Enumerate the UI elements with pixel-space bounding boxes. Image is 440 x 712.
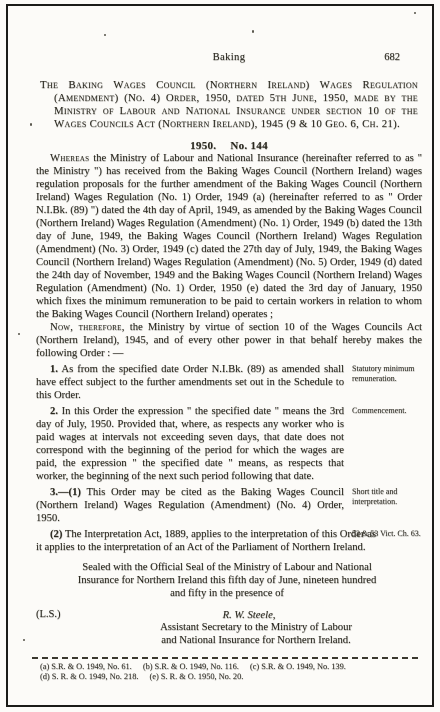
footnote-a: (a) S.R. & O. 1949, No. 61. xyxy=(40,662,132,671)
section-2-number: 2. xyxy=(50,406,58,417)
section-3-2-text: The Interpretation Act, 1889, applies to… xyxy=(36,529,376,553)
page-header: Baking 682 xyxy=(36,52,422,66)
section-1-paragraph: 1. As from the specified date Order N.I.… xyxy=(36,363,344,402)
section-1-text: As from the specified date Order N.I.Bk.… xyxy=(36,364,344,401)
order-heading: 1950.No. 144 xyxy=(36,140,422,152)
signatory-name: R. W. Steele, xyxy=(106,609,392,622)
scan-border-frame: Baking 682 The Baking Wages Council (Nor… xyxy=(6,4,434,707)
signatory-title-line-1: Assistant Secretary to the Ministry of L… xyxy=(106,622,406,635)
footnote-line-2: (d) S. R. & O. 1949, No. 218. (e) S. R. … xyxy=(40,672,422,682)
footnote-e: (e) S. R. & O. 1950, No. 20. xyxy=(150,672,244,681)
side-note-commencement: Commencement. xyxy=(352,406,432,416)
footnote-d: (d) S. R. & O. 1949, No. 218. xyxy=(40,672,138,681)
footnote-rule xyxy=(32,657,418,659)
footnote-line-1: (a) S.R. & O. 1949, No. 61. (b) S.R. & O… xyxy=(40,662,422,672)
running-title: Baking xyxy=(213,52,246,63)
enacting-lead-words: Now, therefore, xyxy=(50,322,125,333)
footnote-c: (c) S.R. & O. 1949, No. 139. xyxy=(250,662,346,671)
section-3-1-text: This Order may be cited as the Baking Wa… xyxy=(36,487,344,524)
section-3-2: (2) The Interpretation Act, 1889, applie… xyxy=(36,528,422,554)
section-3-2-number: (2) xyxy=(50,529,62,540)
sealing-clause: Sealed with the Official Seal of the Min… xyxy=(74,561,380,600)
section-1: 1. As from the specified date Order N.I.… xyxy=(36,363,422,402)
footnote-b: (b) S.R. & O. 1949, No. 116. xyxy=(143,662,239,671)
section-3-1: 3.—(1) This Order may be cited as the Ba… xyxy=(36,486,422,525)
page-number: 682 xyxy=(384,52,400,63)
section-2-text: In this Order the expression " the speci… xyxy=(36,406,344,482)
section-2-paragraph: 2. In this Order the expression " the sp… xyxy=(36,405,344,483)
enacting-paragraph: Now, therefore, the Ministry by virtue o… xyxy=(36,321,422,360)
section-2: 2. In this Order the expression " the sp… xyxy=(36,405,422,483)
order-serial: No. 144 xyxy=(230,140,268,152)
seal-mark: (L.S.) xyxy=(36,609,61,620)
signatory-title-line-2: and National Insurance for Northern Irel… xyxy=(106,635,406,648)
order-year: 1950. xyxy=(190,140,216,152)
preamble-paragraph: Whereas the Ministry of Labour and Natio… xyxy=(36,152,422,321)
section-3-1-number: 3.—(1) xyxy=(50,487,81,498)
preamble-text: the Ministry of Labour and National Insu… xyxy=(36,153,422,320)
signature-block: (L.S.) R. W. Steele, Assistant Secretary… xyxy=(36,609,422,648)
preamble-lead-word: Whereas xyxy=(50,153,89,164)
side-note-statutory-minimum: Statutory minimum remuneration. xyxy=(352,364,432,383)
side-note-short-title: Short title and interpretation. xyxy=(352,487,432,506)
section-3-1-paragraph: 3.—(1) This Order may be cited as the Ba… xyxy=(36,486,344,525)
side-note-vict-citation: 52 & 53 Vict. Ch. 63. xyxy=(352,529,432,539)
document-title: The Baking Wages Council (Northern Irela… xyxy=(38,79,422,131)
section-3-2-paragraph: (2) The Interpretation Act, 1889, applie… xyxy=(36,528,376,554)
scanned-document-page: Baking 682 The Baking Wages Council (Nor… xyxy=(0,0,440,712)
footnotes: (a) S.R. & O. 1949, No. 61. (b) S.R. & O… xyxy=(40,662,422,682)
section-1-number: 1. xyxy=(50,364,58,375)
